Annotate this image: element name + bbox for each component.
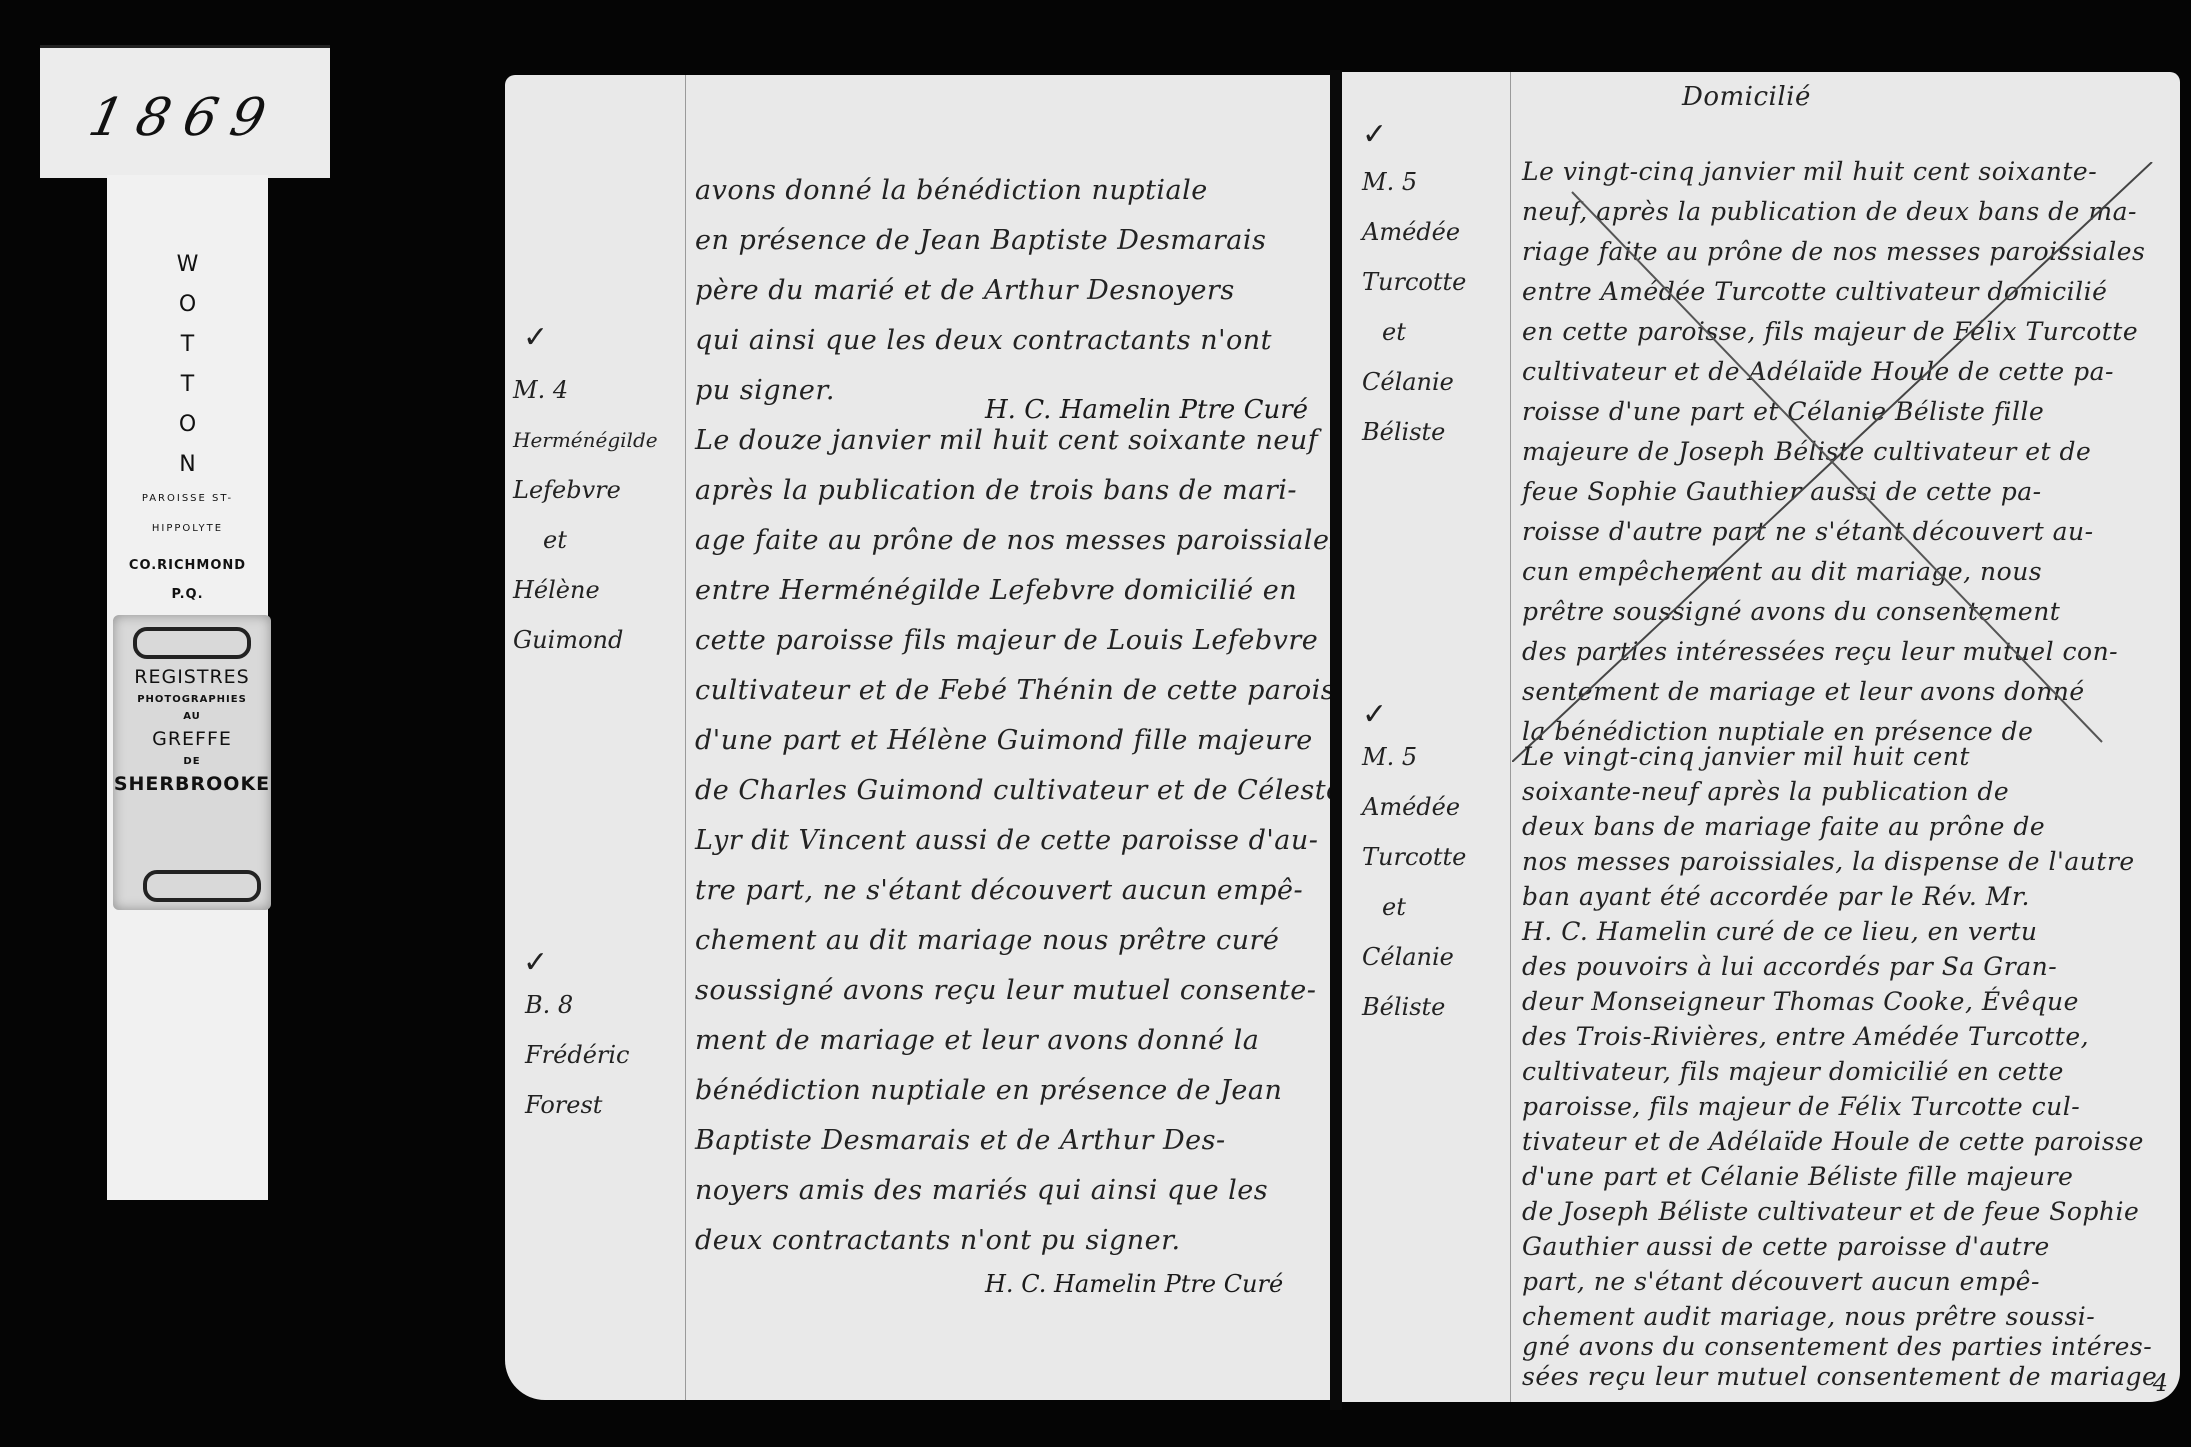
left-page-lower-entries: ✓ B. 8 Frédéric Forest bbox=[505, 75, 1330, 1400]
paper-clip-icon bbox=[133, 627, 251, 659]
city-letter: W bbox=[107, 245, 268, 285]
book-gutter bbox=[1330, 70, 1342, 1410]
year-label: 1869 bbox=[84, 88, 285, 148]
stamp-line: REGISTRES bbox=[113, 666, 271, 688]
parish-line-1: PAROISSE ST- bbox=[107, 493, 268, 504]
entry-margin-m5-second: M. 5 Amédée Turcotte et Célanie Béliste bbox=[1362, 732, 1466, 1032]
checkmark-icon: ✓ bbox=[523, 945, 548, 980]
stamp-line: PHOTOGRAPHIES bbox=[113, 694, 271, 705]
county-label: CO.RICHMOND bbox=[107, 558, 268, 573]
year-label-card: 1869 bbox=[40, 45, 330, 178]
paper-clip-icon bbox=[143, 870, 261, 902]
city-name-vertical: W O T T O N bbox=[107, 245, 268, 485]
strike-through-x-icon bbox=[1512, 162, 2172, 762]
city-letter: T bbox=[107, 325, 268, 365]
checkmark-icon: ✓ bbox=[1362, 697, 1387, 732]
entry-margin-m5: M. 5 Amédée Turcotte et Célanie Béliste bbox=[1362, 157, 1466, 457]
entry-margin-b8: B. 8 Frédéric Forest bbox=[525, 980, 629, 1130]
checkmark-icon: ✓ bbox=[1362, 117, 1387, 152]
page-number: 4 bbox=[2153, 1369, 2168, 1397]
column-header: Domicilié bbox=[1682, 82, 1811, 112]
stamp-line: SHERBROOKE bbox=[113, 773, 271, 795]
city-letter: N bbox=[107, 445, 268, 485]
stamp-line: GREFFE bbox=[113, 728, 271, 750]
province-label: P.Q. bbox=[107, 587, 268, 602]
stamp-line: DE bbox=[113, 756, 271, 767]
parish-line-2: HIPPOLYTE bbox=[107, 523, 268, 534]
city-letter: O bbox=[107, 285, 268, 325]
archive-stamp: REGISTRES PHOTOGRAPHIES AU GREFFE DE SHE… bbox=[113, 615, 271, 910]
city-letter: O bbox=[107, 405, 268, 445]
right-register-page: Domicilié ✓ M. 5 Amédée Turcotte et Céla… bbox=[1342, 72, 2180, 1402]
margin-rule bbox=[1510, 72, 1511, 1402]
city-letter: T bbox=[107, 365, 268, 405]
stamp-line: AU bbox=[113, 711, 271, 722]
